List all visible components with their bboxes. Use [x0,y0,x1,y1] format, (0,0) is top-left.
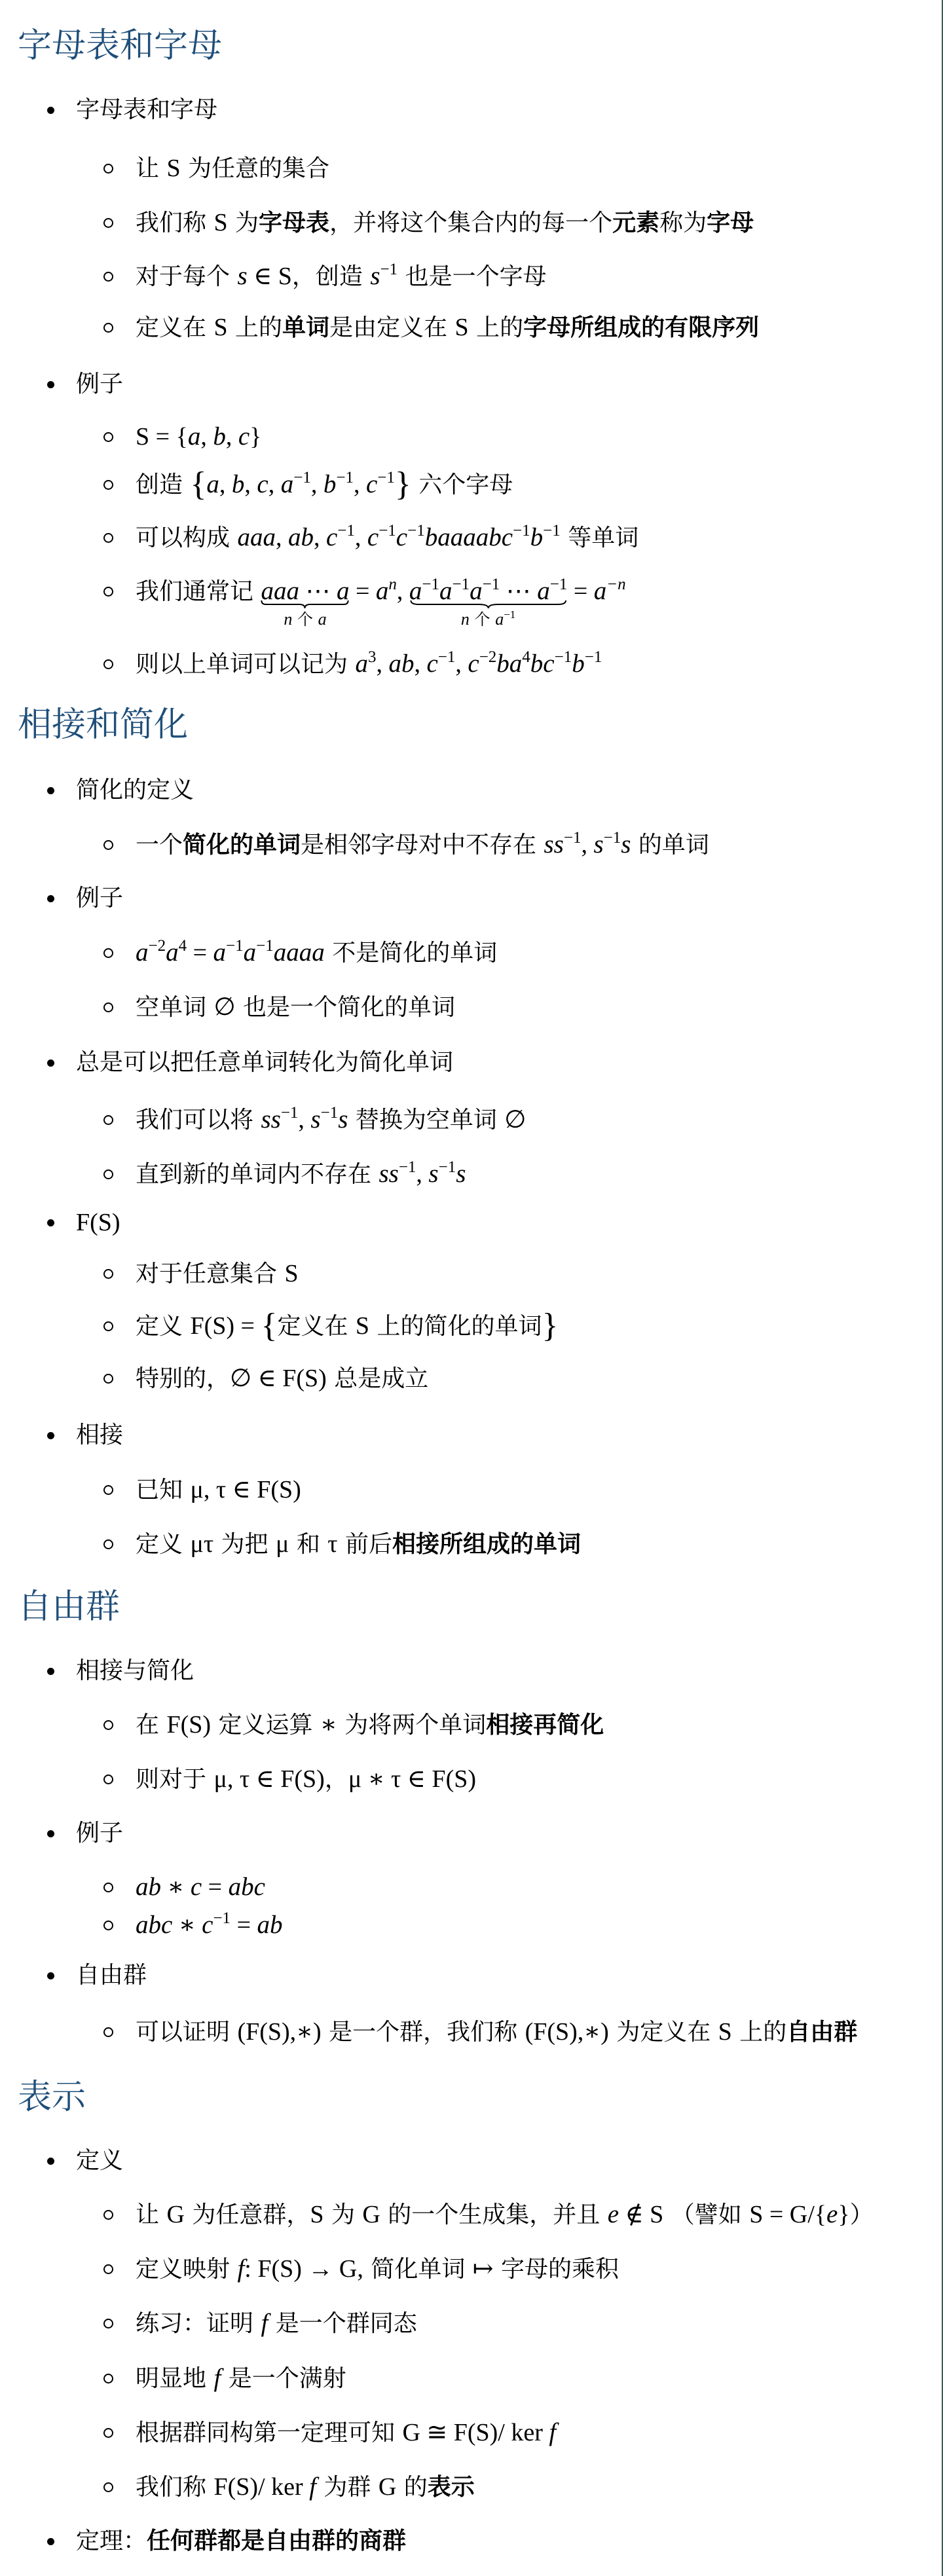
item-text: 我们可以将 ss−1, s−1s 替换为空单词 ∅ [136,1102,526,1138]
superscript: −1 [226,937,244,955]
math-symbol: , [376,650,388,678]
math-italic: c [326,523,337,551]
text-run: 明显地 [136,2365,213,2392]
superscript: −1 [399,1158,416,1176]
item-text: a−2a4 = a−1a−1aaaa 不是简化的单词 [136,935,497,971]
superscript: −1 [213,1909,231,1927]
math-symbol: F(S) = [190,1312,261,1340]
list-item-level1: 定义 [0,2143,936,2179]
list-item-level2: 让 G 为任意群，S 为 G 的一个生成集，并且 e ∉ S （譬如 S = G… [0,2197,936,2232]
math-symbol: } [250,423,261,451]
superscript: 4 [522,648,530,666]
text-run: 定义在 [136,314,213,341]
bold-text: 字母所组成的有限序列 [523,314,759,341]
list-item-level2: ab ∗ c = abc [0,1869,936,1905]
superscript: −1 [439,1158,456,1176]
list-item-level2: 我们可以将 ss−1, s−1s 替换为空单词 ∅ [0,1102,936,1137]
list-item-level1: 自由群 [0,1958,936,1993]
text-run: 我们可以将 [136,1107,261,1133]
math-italic: c [426,650,437,678]
list-item-level2: 定义 μτ 为把 μ 和 τ 前后相接所组成的单词 [0,1526,936,1562]
list-item-level1: 例子 [0,881,936,916]
text-run: 定义 [136,1313,190,1340]
underbrace-icon [409,600,567,609]
math-italic: f [261,2309,268,2337]
bullet-circle-icon [103,2482,113,2492]
text-run: 为把 [213,1531,276,1558]
bullet-circle-icon [103,1921,113,1930]
superscript: −1 [543,522,561,540]
math-italic: a [136,938,149,966]
bullet-disc-icon [47,895,54,902]
bullet-circle-icon [103,1775,113,1784]
bullet-circle-icon [103,2374,113,2383]
item-text: 则以上单词可以记为 a3, ab, c−1, c−2ba4bc−1b−1 [136,646,602,682]
superscript: −1 [337,522,355,540]
section-heading: 相接和简化 [18,702,188,748]
math-symbol: ∅ [213,993,235,1021]
list-item-level2: 特别的，∅ ∈ F(S) 总是成立 [0,1361,936,1396]
text-run: 六个字母 [411,471,513,498]
text-run: 特别的， [136,1365,230,1392]
bullet-circle-icon [103,948,113,958]
text-run: 的单词 [631,832,709,858]
math-italic: a [213,938,227,966]
math-symbol: F(S)/ ker [213,2473,309,2501]
superscript: −1 [379,522,396,540]
math-symbol: , [298,1106,310,1133]
item-text: 练习：证明 f 是一个群同态 [136,2306,417,2342]
large-brace: { [261,1307,277,1344]
item-text: 自由群 [76,1958,147,1993]
item-text: 已知 μ, τ ∈ F(S) [136,1472,301,1508]
math-italic: b [324,470,337,498]
math-italic: f [549,2418,556,2446]
math-italic: a [355,650,368,678]
bullet-circle-icon [103,2210,113,2220]
math-italic: aaaa [274,938,325,966]
text-run: 为定义在 [609,2019,718,2046]
superscript: −1 [555,648,572,666]
text-run: ） [850,2201,874,2228]
text-run: 相接 [76,1422,123,1448]
text-run: 定义映射 [136,2256,237,2283]
item-text: F(S) [76,1205,120,1241]
bold-text: 相接所组成的单词 [392,1531,581,1558]
item-text: 空单词 ∅ 也是一个简化的单词 [136,989,455,1025]
math-symbol: ∈ S [248,263,292,290]
list-item-level2: abc ∗ c−1 = ab [0,1907,936,1943]
underbrace-icon [261,600,349,609]
math-italic: c [468,650,479,678]
underbrace-label: n 个 a [284,610,326,629]
text-run: ，并将这个集合内的每一个 [329,210,612,236]
item-text: 对于任意集合 S [136,1256,299,1292]
math-symbol: , [355,524,367,551]
bullet-circle-icon [103,218,113,228]
math-italic: s [370,262,380,290]
list-item-level1: 简化的定义 [0,773,936,808]
list-item-level2: 我们称 S 为字母表，并将这个集合内的每一个元素称为字母 [0,205,936,240]
math-italic: ss [261,1105,280,1133]
text-run: 上的 [469,314,523,341]
math-symbol: : F(S) → G, [244,2255,363,2283]
bullet-circle-icon [103,323,113,333]
bullet-circle-icon [103,164,113,174]
superscript: −1 [321,1104,339,1122]
text-run: 上的简化的单词 [369,1313,542,1340]
math-italic: b [232,470,245,498]
math-symbol: = [187,939,213,966]
bullet-disc-icon [47,1972,54,1979]
text-run: 字母表和字母 [76,96,217,123]
list-item-level2: 直到新的单词内不存在 ss−1, s−1s [0,1156,936,1192]
bullet-circle-icon [103,1003,113,1012]
large-brace: { [190,466,206,503]
math-italic: ss [379,1160,398,1188]
bold-text: 表示 [428,2474,475,2501]
math-symbol: (F(S),∗) [237,2018,321,2046]
math-symbol: = [349,578,375,605]
math-symbol: S [166,155,180,182]
text-run: 的 [396,2474,427,2501]
text-run: 是一个满射 [221,2365,346,2392]
item-text: 总是可以把任意单词转化为简化单词 [76,1045,453,1080]
math-symbol: ∗ [320,1711,337,1739]
bullet-circle-icon [103,533,113,543]
math-symbol: S = G/{ [749,2201,826,2228]
math-symbol: , [581,831,593,858]
text-run: 是相邻字母对中不存在 [301,832,544,858]
document-page: 字母表和字母 字母表和字母 让 S 为任意的集合 我们称 S 为字母表，并将这个… [0,0,943,2576]
text-run: 称为 [659,210,707,236]
math-symbol: , [276,524,288,551]
list-item-level2: S = {a, b, c} [0,419,936,454]
item-text: 定义 F(S) = {定义在 S 上的简化的单词} [136,1308,558,1344]
math-symbol: (F(S),∗) [525,2018,609,2046]
text-run: 总是可以把任意单词转化为简化单词 [76,1049,453,1076]
text-run: 上的 [228,314,282,341]
text-run: 例子 [76,1820,123,1847]
text-run: 前后 [338,1531,392,1558]
math-italic: b [213,422,226,451]
list-item-level2: a−2a4 = a−1a−1aaaa 不是简化的单词 [0,935,936,970]
list-item-level2: 练习：证明 f 是一个群同态 [0,2306,936,2341]
list-item-level2: 已知 μ, τ ∈ F(S) [0,1472,936,1507]
math-italic: a [188,422,201,451]
item-text: 定理：任何群都是自由群的商群 [76,2524,406,2559]
math-italic: c [367,523,379,551]
bold-text: 自由群 [786,2019,857,2046]
superscript: −2 [149,937,166,955]
text-run: 为任意群， [185,2201,310,2228]
text-run: 上的 [732,2019,786,2046]
math-italic: b [530,523,544,551]
math-symbol: , [219,471,232,498]
text-run: 也是一个简化的单词 [236,994,455,1021]
list-item-level2: 创造 {a, b, c, a−1, b−1, c−1} 六个字母 [0,467,936,502]
list-item-level1: 相接与简化 [0,1653,936,1689]
superscript: −1 [483,576,500,593]
superscript: −1 [422,576,439,593]
bullet-circle-icon [103,587,113,597]
math-symbol: G [166,2201,184,2228]
text-run: 为将两个单词 [337,1712,486,1739]
underbrace-group: a−1a−1a−1 ⋯ a−1n 个 a−1 [409,574,567,610]
bullet-disc-icon [47,107,54,114]
text-run: 不是简化的单词 [325,940,497,966]
bullet-disc-icon [47,381,54,388]
math-italic: s [310,1105,320,1133]
text-run: 我们称 [136,210,213,236]
text-run: 自由群 [76,1962,147,1989]
math-symbol: S [284,1260,298,1287]
math-italic: abc [136,1911,172,1939]
list-item-level2: 定义在 S 上的单词是由定义在 S 上的字母所组成的有限序列 [0,310,936,345]
math-italic: ab [257,1911,283,1939]
item-text: 例子 [76,881,123,916]
math-italic: b [572,650,585,678]
math-symbol: , [200,423,213,451]
list-item-level2: 定义映射 f: F(S) → G, 简化单词 ↦ 字母的乘积 [0,2251,936,2287]
math-italic: c [191,1873,202,1901]
math-symbol: F(S) [76,1209,120,1236]
bullet-disc-icon [47,1432,54,1439]
bullet-disc-icon [47,2538,54,2545]
math-symbol: ∅ ∈ F(S) [230,1365,327,1392]
text-run: 对于每个 [136,263,237,290]
math-italic: ss [544,830,563,858]
text-run: （譬如 [663,2201,749,2228]
superscript: n [388,576,397,593]
superscript: −1 [585,648,602,666]
math-italic: c [257,470,268,498]
superscript: −1 [550,576,568,593]
text-run: 定理： [76,2528,147,2554]
math-symbol: , [226,423,238,451]
text-run: 则以上单词可以记为 [136,651,355,678]
text-run: 字母的乘积 [494,2256,619,2283]
math-italic: a [281,470,294,498]
item-text: 特别的，∅ ∈ F(S) 总是成立 [136,1361,428,1397]
math-italic: a [206,470,219,498]
item-text: 则对于 μ, τ ∈ F(S)，μ ∗ τ ∈ F(S) [136,1761,476,1797]
superscript: −1 [281,1104,299,1122]
superscript: −1 [438,648,456,666]
math-symbol: , [354,471,366,498]
underbrace-group: aaa ⋯ an 个 a [261,574,349,610]
math-symbol: G ≅ F(S)/ ker [402,2419,549,2446]
list-item-level2: 根据群同构第一定理可知 G ≅ F(S)/ ker f [0,2415,936,2450]
math-symbol: S = { [136,423,188,451]
superscript: −1 [513,522,530,540]
math-italic: bc [530,650,555,678]
text-run: 替换为空单词 [348,1107,504,1133]
text-run: 可以证明 [136,2019,237,2046]
bullet-circle-icon [103,1169,113,1179]
superscript: 3 [368,648,377,666]
math-italic: ab [388,650,414,678]
item-text: 字母表和字母 [76,92,217,128]
superscript: −1 [256,937,274,955]
math-symbol: } [838,2201,849,2228]
bullet-circle-icon [103,1374,113,1384]
math-italic: s [621,830,631,858]
item-text: 简化的定义 [76,773,194,808]
text-run: 总是成立 [327,1365,428,1392]
math-italic: aaa [237,523,276,551]
item-text: 例子 [76,367,123,402]
text-run: 简化的定义 [76,777,194,803]
text-run: 是一个群，我们称 [322,2019,525,2046]
bullet-circle-icon [103,2428,113,2438]
bold-text: 字母表 [259,210,329,236]
bullet-circle-icon [103,432,113,442]
text-run: 的一个生成集，并且 [380,2201,608,2228]
math-symbol: τ [327,1530,337,1558]
list-item-level2: 让 S 为任意的集合 [0,151,936,186]
bullet-circle-icon [103,1269,113,1279]
text-run: 相接与简化 [76,1657,194,1684]
math-italic: a [376,577,389,605]
math-symbol: μ [276,1530,289,1558]
bullet-disc-icon [47,787,54,794]
math-italic: f [309,2473,316,2501]
list-item-level2: 对于任意集合 S [0,1256,936,1291]
text-run: 一个 [136,832,183,858]
math-italic: c [238,422,250,451]
text-run: 定义 [136,1531,190,1558]
section-heading: 字母表和字母 [18,23,222,69]
item-text: S = {a, b, c} [136,419,261,455]
math-italic: f [213,2364,221,2392]
math-italic: baaaabc [425,523,513,551]
list-item-level1: 例子 [0,367,936,402]
item-text: 明显地 f 是一个满射 [136,2361,346,2397]
item-text: 可以证明 (F(S),∗) 是一个群，我们称 (F(S),∗) 为定义在 S 上… [136,2014,857,2050]
math-italic: n [284,610,292,629]
item-text: 相接与简化 [76,1653,194,1689]
bullet-circle-icon [103,272,113,282]
item-text: 创造 {a, b, c, a−1, b−1, c−1} 六个字母 [136,467,513,503]
math-italic: e [826,2200,838,2228]
text-run: ，创造 [292,263,370,290]
text-run: 例子 [76,371,123,397]
math-symbol: μ, τ ∈ F(S) [213,1765,324,1793]
list-item-level1: 总是可以把任意单词转化为简化单词 [0,1045,936,1080]
bold-text: 任何群都是自由群的商群 [147,2528,406,2554]
item-text: 定义 [76,2143,123,2179]
text-run: 直到新的单词内不存在 [136,1161,379,1188]
large-brace: } [395,466,411,503]
math-symbol: , [314,524,326,551]
superscript: −1 [380,261,398,278]
math-italic: a [244,938,257,966]
math-italic: s [428,1160,438,1188]
bullet-circle-icon [103,1720,113,1730]
math-symbol: S [718,2018,732,2046]
math-italic: ab [136,1873,161,1901]
superscript: −1 [453,576,470,593]
bullet-circle-icon [103,2027,113,2037]
text-run: 则对于 [136,1766,213,1793]
bullet-circle-icon [103,2319,113,2328]
text-run: 已知 [136,1477,190,1503]
list-item-level1: 字母表和字母 [0,92,936,128]
item-text: abc ∗ c−1 = ab [136,1907,283,1943]
item-text: 我们通常记 aaa ⋯ an 个 a = an, a−1a−1a−1 ⋯ a−1… [136,574,626,610]
text-run: 对于任意集合 [136,1260,284,1287]
math-italic: c [202,1911,213,1939]
math-italic: ba [496,650,522,678]
text-run: 个 [470,610,495,629]
math-symbol: S [356,1312,369,1340]
superscript: −1 [604,829,621,847]
bullet-disc-icon [47,1059,54,1067]
item-text: ab ∗ c = abc [136,1869,265,1905]
math-italic: abc [229,1873,265,1901]
math-symbol: S [455,314,469,341]
section-heading: 表示 [18,2074,86,2120]
list-item-level1: F(S) [0,1205,936,1240]
superscript: −1 [293,469,311,487]
math-symbol: S [213,209,227,236]
math-symbol: , [244,471,257,498]
item-text: 定义 μτ 为把 μ 和 τ 前后相接所组成的单词 [136,1526,581,1562]
math-symbol: μ ∗ τ ∈ F(S) [348,1765,476,1793]
math-italic: s [456,1160,466,1188]
bullet-disc-icon [47,2158,54,2165]
text-run: 根据群同构第一定理可知 [136,2420,402,2446]
text-run: 定义运算 [211,1712,320,1739]
item-text: 让 G 为任意群，S 为 G 的一个生成集，并且 e ∉ S （譬如 S = G… [136,2197,874,2233]
bullet-circle-icon [103,659,113,669]
superscript: −1 [377,469,395,487]
bullet-circle-icon [103,1485,113,1495]
bold-text: 单词 [282,314,329,341]
bold-text: 字母 [707,210,754,236]
bullet-disc-icon [47,1668,54,1675]
text-run: 我们称 [136,2474,213,2501]
item-text: 根据群同构第一定理可知 G ≅ F(S)/ ker f [136,2415,556,2451]
superscript: −1 [564,829,582,847]
math-symbol: S [310,2201,324,2228]
list-item-level1: 例子 [0,1816,936,1851]
math-italic: a [594,577,607,605]
bullet-disc-icon [47,1830,54,1837]
text-run: 简化单词 [363,2256,473,2283]
math-symbol: G [362,2201,380,2228]
list-item-level2: 空单词 ∅ 也是一个简化的单词 [0,989,936,1025]
math-italic: a [166,938,179,966]
list-item-level2: 明显地 f 是一个满射 [0,2361,936,2396]
text-run: 是由定义在 [329,314,454,341]
text-run: 空单词 [136,994,213,1021]
math-symbol: G [379,2473,396,2501]
math-italic: s [593,830,603,858]
text-run: 为 [324,2201,363,2228]
bullet-circle-icon [103,1539,113,1549]
text-run: 在 [136,1712,166,1739]
item-text: 定义在 S 上的单词是由定义在 S 上的字母所组成的有限序列 [136,310,759,346]
text-run: 等单词 [561,524,638,551]
superscript: −2 [479,648,497,666]
math-italic: a [318,610,327,629]
math-symbol: , [414,650,426,678]
item-text: 我们称 F(S)/ ker f 为群 G 的表示 [136,2469,475,2505]
item-text: 对于每个 s ∈ S，创造 s−1 也是一个字母 [136,259,547,295]
list-item-level2: 可以构成 aaa, ab, c−1, c−1c−1baaaabc−1b−1 等单… [0,520,936,555]
